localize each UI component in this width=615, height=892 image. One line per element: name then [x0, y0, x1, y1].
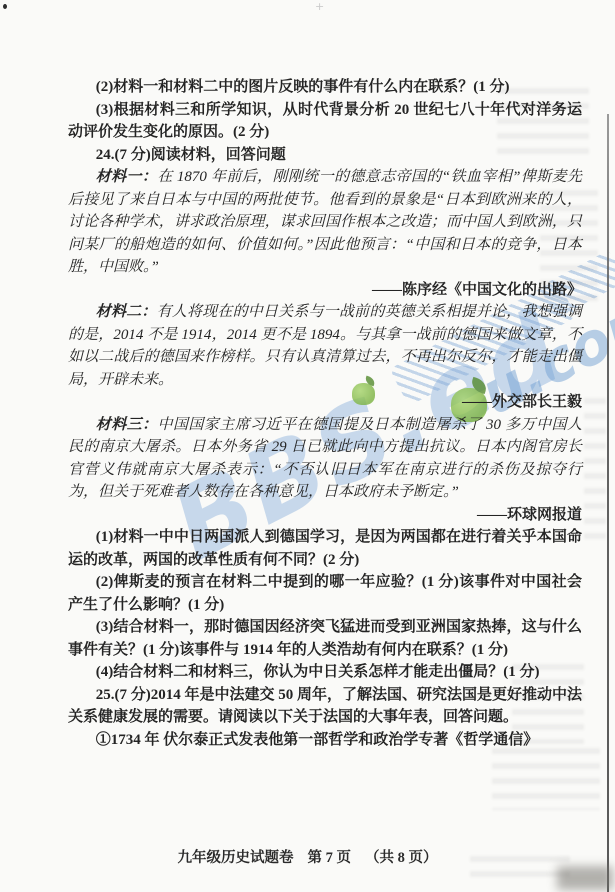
material-2-label: 材料二： [96, 304, 157, 320]
source-citation-2: ——外交部长王毅 [68, 391, 582, 414]
question-24-sub2: (2)俾斯麦的预言在材料二中提到的哪一年应验？(1 分)该事件对中国社会产生了什… [68, 571, 582, 616]
footer-page-number: 第 7 页 [308, 850, 352, 866]
footer-total-pages: （共 8 页） [365, 850, 438, 866]
material-1-paragraph: 材料一：在 1870 年前后，刚刚统一的德意志帝国的“铁血宰相”俾斯麦先后接见了… [68, 166, 582, 279]
bleed-through-artifact [492, 748, 600, 810]
question-25-item1: ①1734 年 伏尔泰正式发表他第一部哲学和政治学专著《哲学通信》 [68, 729, 582, 752]
footer-paper-title: 九年级历史试题卷 [178, 850, 294, 866]
scan-speck [3, 4, 7, 9]
exam-body: (2)材料一和材料二中的图片反映的事件有什么内在联系？(1 分) (3)根据材料… [68, 76, 582, 751]
question-24-sub1: (1)材料一中中日两国派人到德国学习，是因为两国都在进行着关乎本国命运的改革，两… [68, 526, 582, 571]
scanned-exam-page: BBS.ed u.com + (2)材料一和材料二中的图片反映的事件有什么内在联… [0, 0, 615, 892]
material-3-paragraph: 材料三：中国国家主席习近平在德国提及日本制造屠杀了 30 多万中国人民的南京大屠… [68, 414, 582, 504]
material-2-paragraph: 材料二：有人将现在的中日关系与一战前的英德关系相提并论，我想强调的是，2014 … [68, 301, 582, 391]
material-1-label: 材料一： [96, 169, 158, 185]
scan-corner-smudge [557, 866, 613, 890]
question-25-intro: 25.(7 分)2014 年是中法建交 50 周年，了解法国、研究法国是更好推动… [68, 684, 582, 729]
question-24-sub4: (4)结合材料二和材料三，你认为中日关系怎样才能走出僵局？(1 分) [68, 661, 582, 684]
question-24-header: 24.(7 分)阅读材料，回答问题 [68, 144, 582, 167]
bleed-through-artifact [584, 398, 606, 548]
scan-speck: + [315, 0, 324, 13]
material-3-label: 材料三： [96, 417, 158, 433]
question-23-sub2: (2)材料一和材料二中的图片反映的事件有什么内在联系？(1 分) [68, 76, 582, 99]
page-edge-line [607, 114, 609, 892]
question-24-sub3: (3)结合材料一，那时德国因经济突飞猛进而受到亚洲国家热捧，这与什么事件有关？(… [68, 616, 582, 661]
source-citation-1: ——陈序经《中国文化的出路》 [68, 279, 582, 302]
page-footer: 九年级历史试题卷第 7 页（共 8 页） [0, 846, 615, 867]
question-23-sub3: (3)根据材料三和所学知识，从时代背景分析 20 世纪七八十年代对洋务运动评价发… [68, 99, 582, 144]
source-citation-3: ——环球网报道 [68, 504, 582, 527]
